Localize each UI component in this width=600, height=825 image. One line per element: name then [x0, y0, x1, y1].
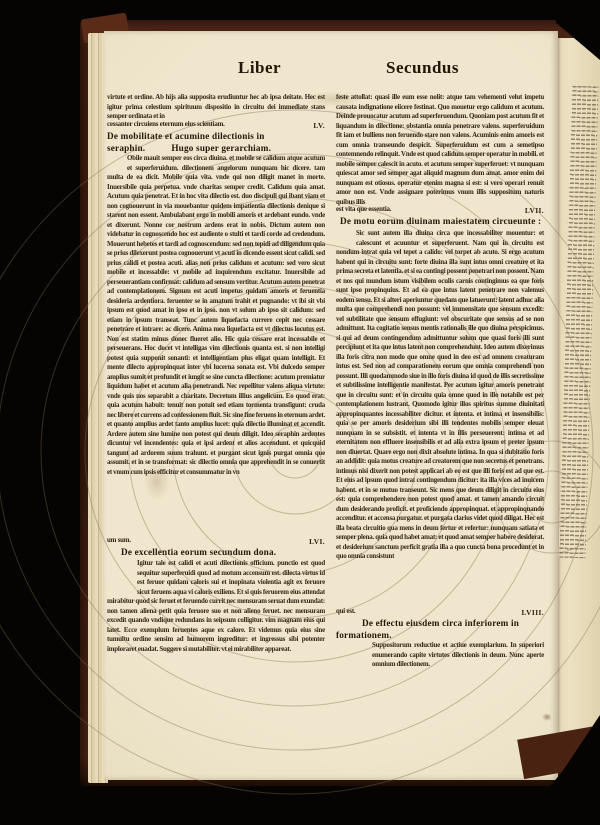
chapter-number-lvi: LVI.	[309, 537, 325, 547]
chapter-number-line: um sum. LVI.	[107, 537, 325, 547]
heading-attribution: Hugo super gerarchiam.	[171, 143, 271, 155]
initial-letter-space	[336, 229, 356, 248]
chapter-lv-heading: De mobilitate et acumine dilectionis in …	[107, 131, 325, 154]
chapter-lvi-body: Igitur tale est calidi et acuti dilectio…	[107, 559, 325, 655]
line-tail: um sum.	[107, 537, 131, 547]
chapter-number-line: qui est. LVIII.	[336, 608, 544, 618]
chapter-lviii-heading-line1: De effectu eiusdem circa inferiorem in	[336, 618, 544, 630]
chapter-lviii-heading-line2: formationem.	[336, 630, 544, 641]
book-page: Liber Secundus virtute et ordine. Ab hij…	[104, 31, 558, 780]
chapter-lv-body: Obile mauit semper eos circa diuina. et …	[107, 154, 325, 537]
heading-gap	[145, 143, 171, 155]
chapter-liv-continuation: virtute et ordine. Ab hijs alia supposit…	[107, 93, 325, 121]
chapter-lv-heading-line2: seraphin. Hugo super gerarchiam.	[107, 143, 325, 155]
running-header-secundus: Secundus	[386, 58, 459, 78]
initial-letter-space	[107, 154, 127, 173]
chapter-number-line: cessanter circuiens eternum eius scienti…	[107, 121, 325, 131]
line-tail: qui est.	[336, 608, 355, 618]
right-text-column: feste attollat: quasi ille eum esse noli…	[336, 93, 544, 671]
chapter-lvi-continuation: feste attollat: quasi ille eum esse noli…	[336, 93, 544, 206]
chapter-number-lviii: LVIII.	[522, 608, 544, 618]
chapter-lvii-heading: De motu eorum diuinam maiestatem circueu…	[336, 216, 544, 229]
heading-word-seraphin: seraphin.	[107, 143, 145, 155]
initial-letter-space	[107, 559, 137, 588]
chapter-lvi-heading: De excellentia eorum secundum dona.	[107, 547, 325, 559]
line-tail: est vita que essentia.	[336, 206, 391, 216]
chapter-number-line: est vita que essentia. LVII.	[336, 206, 544, 216]
running-header-liber: Liber	[238, 58, 281, 78]
book-photograph: Liber Secundus virtute et ordine. Ab hij…	[0, 0, 600, 825]
chapter-number-lv: LV.	[313, 121, 325, 131]
chapter-lv-heading-line1: De mobilitate et acumine dilectionis in	[107, 131, 325, 143]
page-stain	[542, 713, 552, 721]
chapter-lviii-body: Suppositorum reductiue et actiue exempla…	[336, 641, 544, 671]
chapter-number-lvii: LVII.	[525, 206, 544, 216]
line-tail: cessanter circuiens eternum eius scienti…	[107, 121, 225, 131]
chapter-lvii-body: Sic sunt autem illa diuina circa que inc…	[336, 229, 544, 608]
left-text-column: virtute et ordine. Ab hijs alia supposit…	[107, 93, 325, 655]
